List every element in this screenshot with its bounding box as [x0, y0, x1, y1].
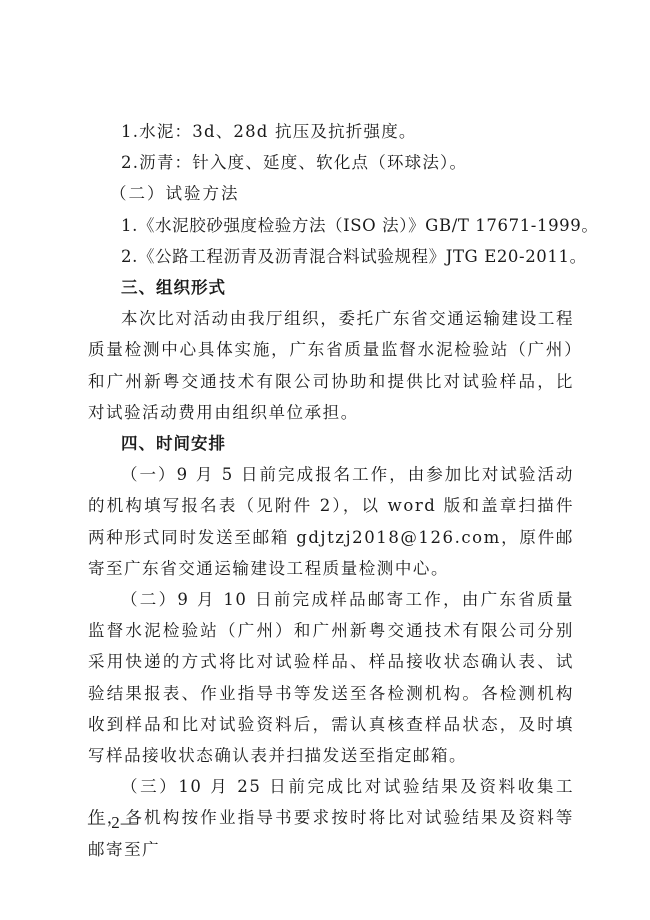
method-cement-standard: 1.《水泥胶砂强度检验方法（ISO 法）》GB/T 17671-1999。 — [88, 210, 574, 241]
section-schedule-heading: 四、时间安排 — [88, 428, 574, 459]
document-page: 1.水泥：3d、28d 抗压及抗折强度。 2.沥青：针入度、延度、软化点（环球法… — [88, 116, 574, 865]
schedule-item-sample-mailing: （二）9 月 10 日前完成样品邮寄工作，由广东省质量监督水泥检验站（广州）和广… — [88, 584, 574, 771]
test-item-cement: 1.水泥：3d、28d 抗压及抗折强度。 — [88, 116, 574, 147]
page-number: — 2— — [88, 813, 139, 833]
organization-paragraph: 本次比对活动由我厅组织，委托广东省交通运输建设工程质量检测中心具体实施，广东省质… — [88, 303, 574, 428]
schedule-item-registration: （一）9 月 5 日前完成报名工作，由参加比对试验活动的机构填写报名表（见附件 … — [88, 459, 574, 584]
schedule-item-result-collection: （三）10 月 25 日前完成比对试验结果及资料收集工作，各机构按作业指导书要求… — [88, 771, 574, 865]
method-asphalt-standard: 2.《公路工程沥青及沥青混合料试验规程》JTG E20-2011。 — [88, 241, 574, 272]
test-item-asphalt: 2.沥青：针入度、延度、软化点（环球法）。 — [88, 147, 574, 178]
section-organization-heading: 三、组织形式 — [88, 272, 574, 303]
section-test-methods-heading: （二）试验方法 — [88, 178, 574, 209]
